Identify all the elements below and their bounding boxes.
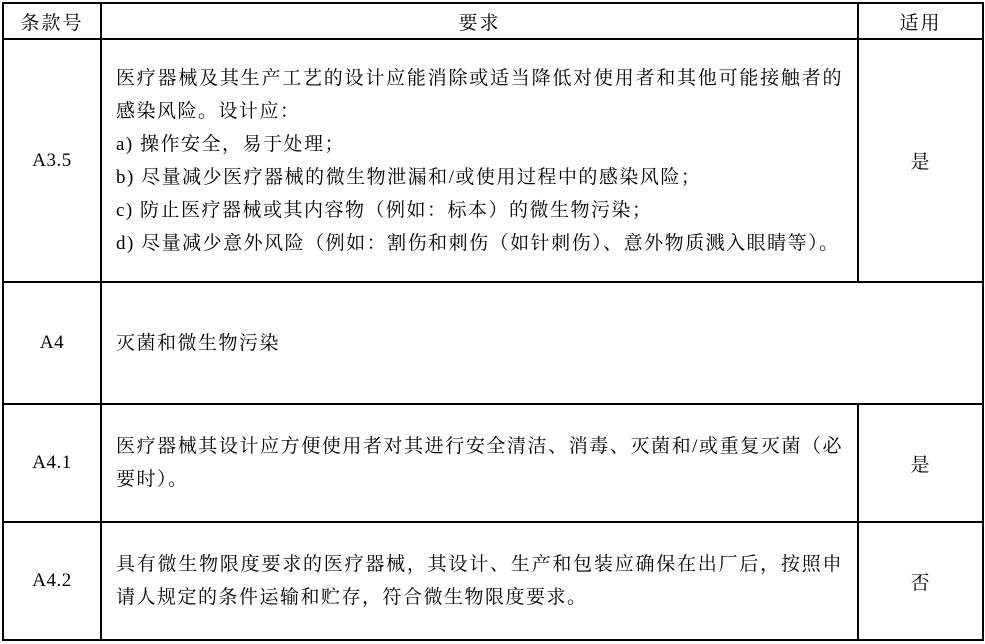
requirement-paragraph: a) 操作安全，易于处理；: [116, 128, 843, 161]
table-row: A4.1 医疗器械其设计应方便使用者对其进行安全清洁、消毒、灭菌和/或重复灭菌（…: [3, 404, 983, 522]
requirement-paragraph: b) 尽量减少医疗器械的微生物泄漏和/或使用过程中的感染风险；: [116, 161, 843, 194]
header-applicable: 适用: [858, 3, 983, 39]
requirement-paragraph: c) 防止医疗器械或其内容物（例如：标本）的微生物污染；: [116, 194, 843, 227]
requirement-cell: 医疗器械其设计应方便使用者对其进行安全清洁、消毒、灭菌和/或重复灭菌（必要时）。: [101, 404, 858, 522]
table-row: A3.5 医疗器械及其生产工艺的设计应能消除或适当降低对使用者和其他可能接触者的…: [3, 39, 983, 282]
header-clause: 条款号: [3, 3, 101, 39]
clause-cell: A4.2: [3, 522, 101, 640]
applicable-cell: 是: [858, 39, 983, 282]
requirement-paragraph: 医疗器械及其生产工艺的设计应能消除或适当降低对使用者和其他可能接触者的感染风险。…: [116, 62, 843, 128]
table-row: A4 灭菌和微生物污染: [3, 282, 983, 404]
header-requirement: 要求: [101, 3, 858, 39]
requirement-cell: 医疗器械及其生产工艺的设计应能消除或适当降低对使用者和其他可能接触者的感染风险。…: [101, 39, 858, 282]
requirement-paragraph: 具有微生物限度要求的医疗器械，其设计、生产和包装应确保在出厂后，按照申请人规定的…: [116, 548, 843, 614]
clause-cell: A4: [3, 282, 101, 404]
requirement-paragraph: 医疗器械其设计应方便使用者对其进行安全清洁、消毒、灭菌和/或重复灭菌（必要时）。: [116, 430, 843, 496]
header-row: 条款号 要求 适用: [3, 3, 983, 39]
requirement-paragraph: 灭菌和微生物污染: [116, 327, 968, 360]
applicable-cell: 是: [858, 404, 983, 522]
clause-cell: A4.1: [3, 404, 101, 522]
requirements-table: 条款号 要求 适用 A3.5 医疗器械及其生产工艺的设计应能消除或适当降低对使用…: [2, 2, 984, 641]
table-row: A4.2 具有微生物限度要求的医疗器械，其设计、生产和包装应确保在出厂后，按照申…: [3, 522, 983, 640]
table-header: 条款号 要求 适用: [3, 3, 983, 39]
requirement-cell: 灭菌和微生物污染: [101, 282, 983, 404]
table-body: A3.5 医疗器械及其生产工艺的设计应能消除或适当降低对使用者和其他可能接触者的…: [3, 39, 983, 640]
requirement-paragraph: d) 尽量减少意外风险（例如：割伤和刺伤（如针刺伤）、意外物质溅入眼睛等）。: [116, 227, 843, 260]
document-page: { "colors": { "background": "#ffffff", "…: [0, 0, 985, 644]
clause-cell: A3.5: [3, 39, 101, 282]
requirement-cell: 具有微生物限度要求的医疗器械，其设计、生产和包装应确保在出厂后，按照申请人规定的…: [101, 522, 858, 640]
applicable-cell: 否: [858, 522, 983, 640]
